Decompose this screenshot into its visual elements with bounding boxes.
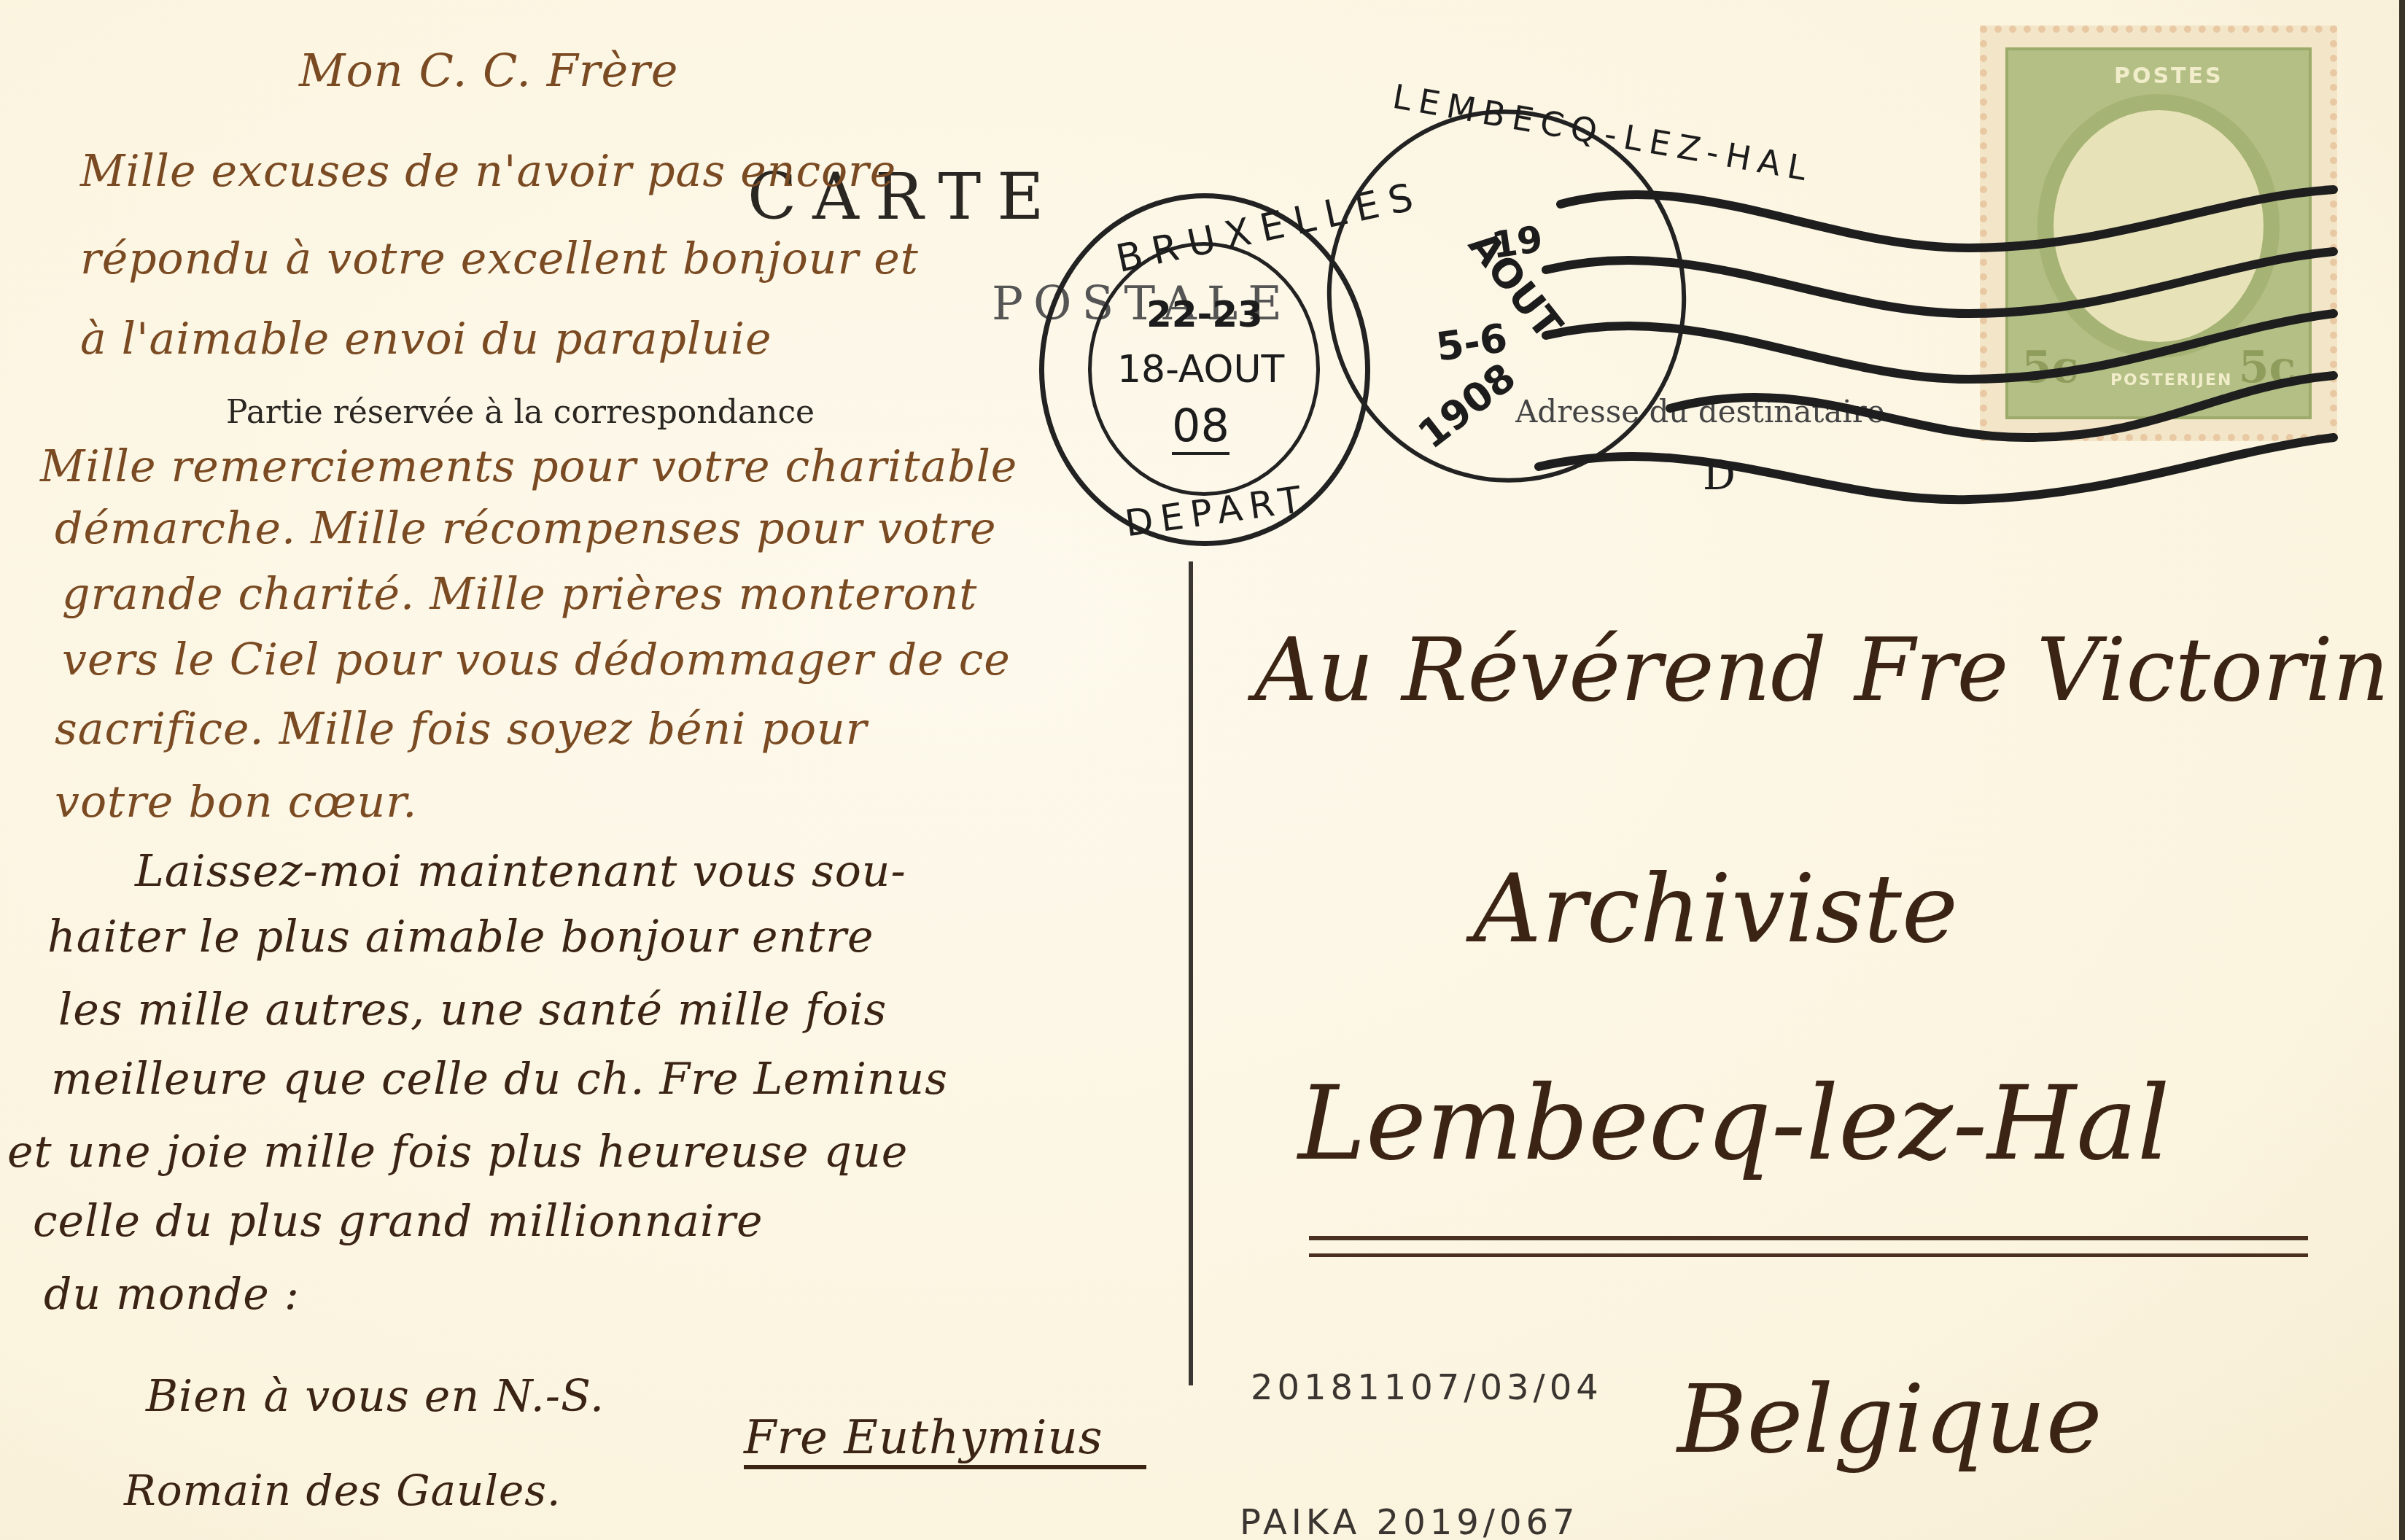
correspondence-label: Partie réservée à la correspondance: [226, 394, 815, 431]
message-line: les mille autres, une santé mille fois: [58, 984, 887, 1035]
message-line: démarche. Mille récompenses pour votre: [55, 503, 997, 554]
message-line: sacrifice. Mille fois soyez béni pour: [55, 704, 867, 755]
message-line: grande charité. Mille prières monteront: [62, 569, 977, 620]
message-line: meilleure que celle du ch. Fre Leminus: [51, 1054, 948, 1105]
postmark-bruxelles: BRUXELLES 22-23 18-AOUT 08 DEPART: [1039, 193, 1370, 546]
postmark-year: 08: [1172, 399, 1229, 455]
cancel-code: D: [1703, 452, 1736, 499]
message-line: et une joie mille fois plus heureuse que: [7, 1127, 908, 1178]
cancellation-wavy-lines: [1517, 168, 2341, 510]
message-line: du monde :: [44, 1269, 300, 1320]
stamp-header: POSTES: [2114, 63, 2223, 89]
archive-reference: 20181107/03/04: [1251, 1367, 1603, 1408]
address-recipient: Au Révérend Fre Victorin: [1254, 620, 2389, 721]
archive-catalog: PAIKA 2019/067: [1240, 1502, 1580, 1540]
postcard-back: CARTE POSTALE Partie réservée à la corre…: [0, 0, 2405, 1540]
message-line: vers le Ciel pour vous dédommager de ce: [62, 634, 1011, 685]
address-town: Lembecq-lez-Hal: [1298, 1065, 2169, 1183]
message-line: celle du plus grand millionnaire: [33, 1196, 764, 1247]
message-line: votre bon cœur.: [55, 777, 417, 828]
address-underline: [1309, 1236, 2308, 1257]
sender-location: Romain des Gaules.: [124, 1466, 562, 1515]
signature: Fre Euthymius: [744, 1411, 1146, 1469]
address-title: Archiviste: [1473, 853, 1958, 964]
address-country: Belgique: [1677, 1364, 2102, 1474]
postmark-date: 18-AOUT: [1117, 348, 1284, 392]
message-line: Laissez-moi maintenant vous sou-: [135, 846, 906, 897]
message-line: répondu à votre excellent bonjour et: [80, 233, 919, 284]
salutation: Mon C. C. Frère: [299, 44, 678, 97]
closing: Bien à vous en N.-S.: [146, 1371, 605, 1422]
center-divider: [1189, 561, 1193, 1385]
message-line: haiter le plus aimable bonjour entre: [47, 911, 874, 962]
message-line: Mille excuses de n'avoir pas encore: [80, 146, 896, 197]
message-line: à l'aimable envoi du parapluie: [80, 314, 772, 365]
message-line: Mille remerciements pour votre charitabl…: [40, 441, 1017, 492]
postmark-hour: 22-23: [1146, 293, 1263, 335]
postmark-year: 1908: [1410, 354, 1524, 457]
